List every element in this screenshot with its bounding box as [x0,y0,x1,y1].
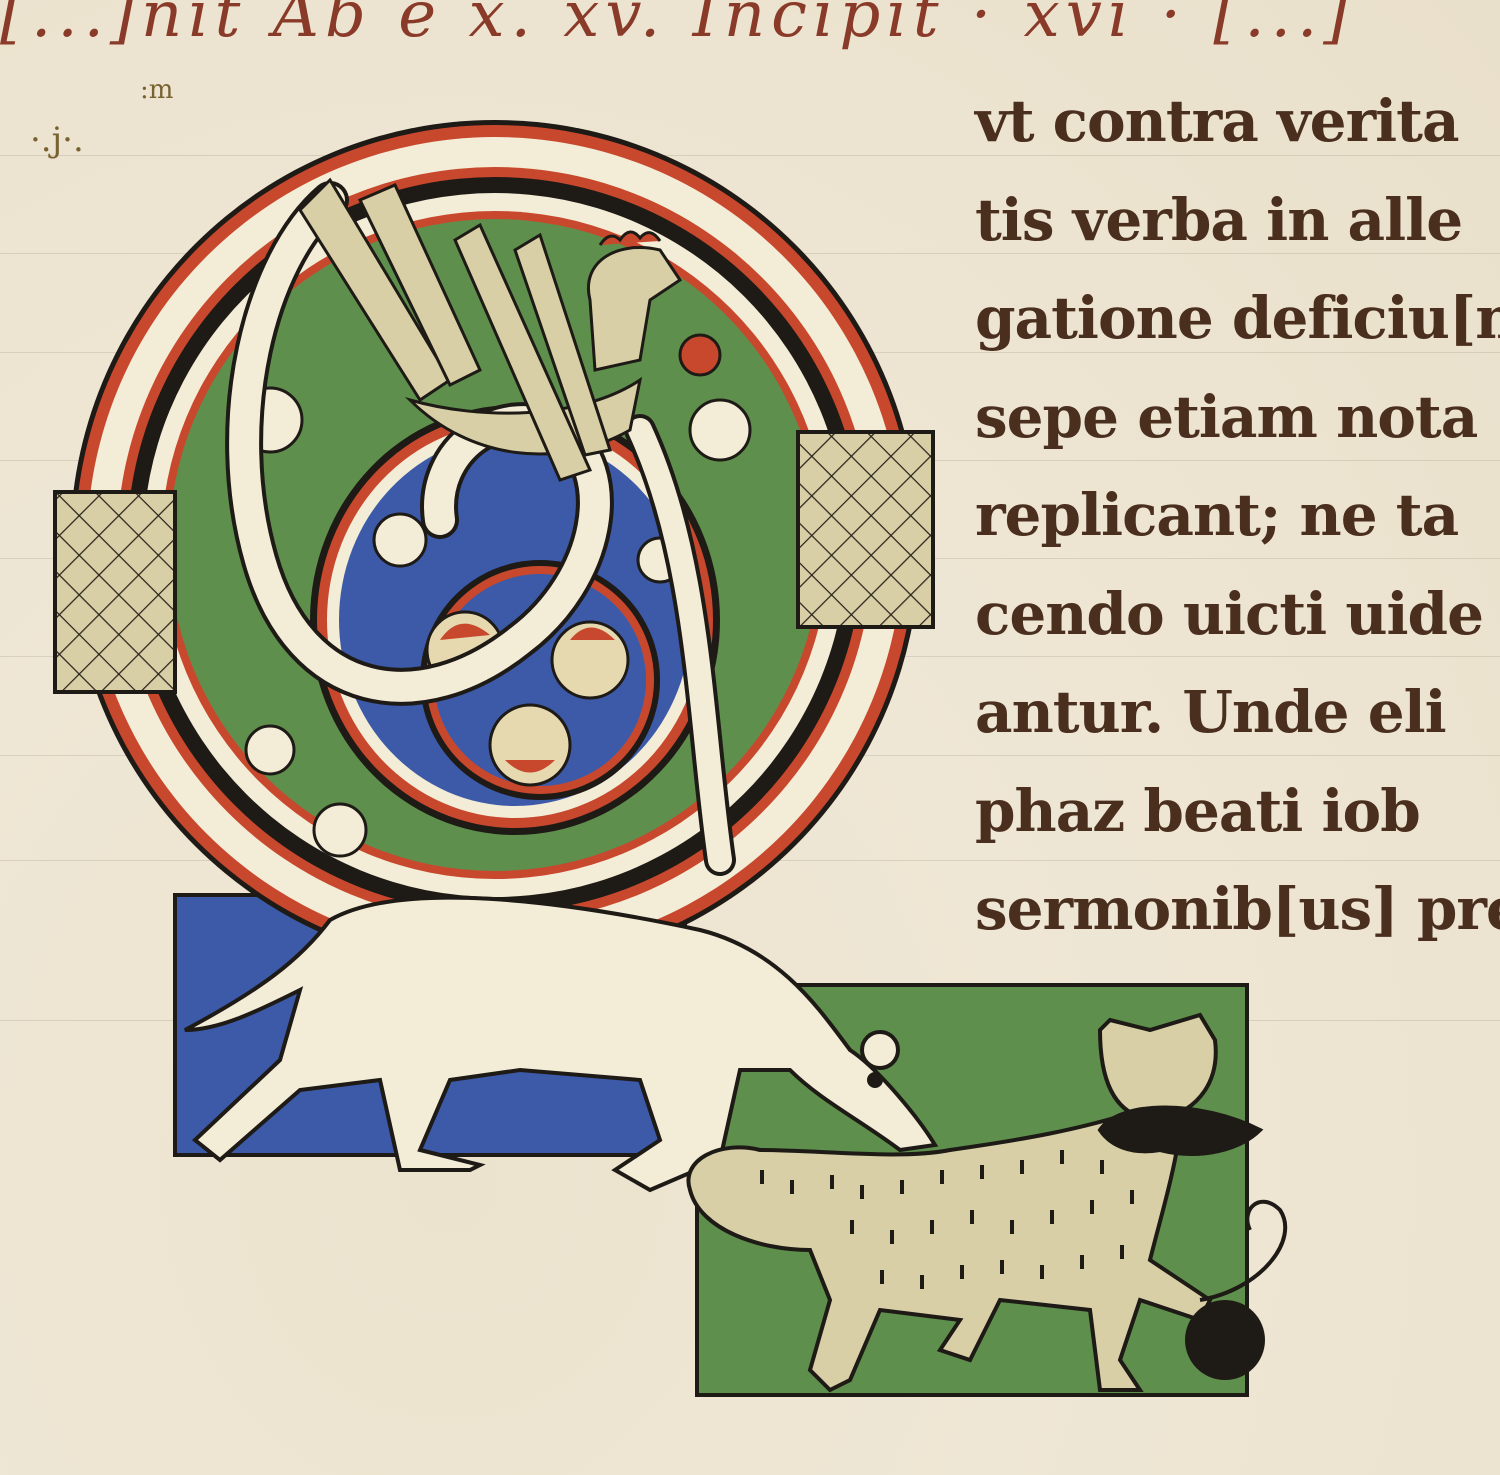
lattice-band-left [55,492,175,692]
illuminated-initial [0,0,1500,1475]
lattice-band-right [798,432,933,627]
